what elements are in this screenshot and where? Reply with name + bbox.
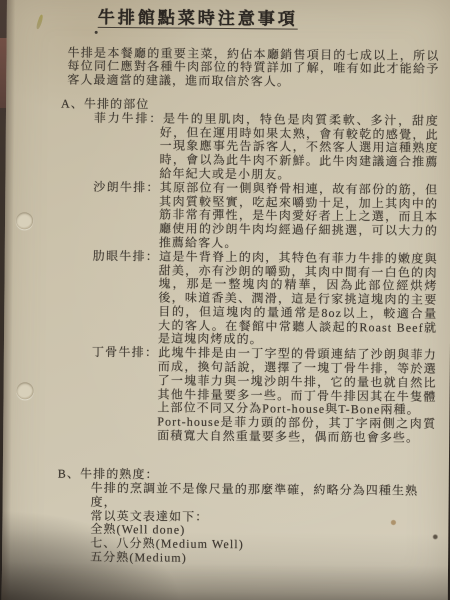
steak-item-text: 這是牛背脊上的肉，其特色有菲力牛排的嫩度與甜美，亦有沙朗的嚼勁，其肉中間有一白色…	[158, 249, 438, 346]
punch-hole-top	[16, 212, 33, 229]
punch-hole-bottom	[16, 382, 33, 399]
steak-item-ribeye: 肋眼牛排：這是牛背脊上的肉，其特色有菲力牛排的嫩度與甜美，亦有沙朗的嚼勁，其肉中…	[92, 250, 438, 349]
steak-item-text: 此塊牛排是由一丁字型的骨頭連結了沙朗與菲力而成，換句話說，選擇了一塊丁骨牛排，等…	[157, 346, 437, 417]
corner-shadow	[2, 510, 183, 600]
stain-mark	[35, 14, 44, 29]
title-row: 牛排館點菜時注意事項	[98, 11, 440, 31]
steak-item-label: 沙朗牛排：	[93, 180, 160, 195]
page-content: 牛排館點菜時注意事項 牛排是本餐廳的重要主菜，約佔本廳銷售項目的七成以上，所以每…	[57, 0, 440, 567]
intro-paragraph: 牛排是本餐廳的重要主菜，約佔本廳銷售項目的七成以上，所以每位同仁應對各種牛肉部位…	[67, 46, 439, 90]
steak-cut-list: 菲力牛排：是牛的里肌肉，特色是肉質柔軟、多汁，甜度好，但在運用時如果太熟，會有較…	[91, 112, 439, 445]
steak-item-sirloin: 沙朗牛排：其原部位有一側與脊骨相連，故有部份的筋，但其肉質較堅實，吃起來嚼勁十足…	[93, 181, 439, 253]
steak-item-extra-text: Port-house是菲力頭的部份，其丁字兩側之肉質面積寬大自然重量要多些，偶而…	[157, 415, 436, 445]
page-title: 牛排館點菜時注意事項	[98, 11, 298, 29]
steak-item-text: 其原部位有一側與脊骨相連，故有部份的筋，但其肉質較堅實，吃起來嚼勁十足，加上其肉…	[159, 180, 439, 249]
paper-page: 牛排館點菜時注意事項 牛排是本餐廳的重要主菜，約佔本廳銷售項目的七成以上，所以每…	[2, 0, 450, 600]
steak-item-label: 肋眼牛排：	[93, 249, 160, 264]
steak-item-label: 丁骨牛排：	[92, 345, 159, 360]
steak-item-text: 是牛的里肌肉，特色是肉質柔軟、多汁，甜度好，但在運用時如果太熟，會有較乾的感覺，…	[159, 111, 439, 181]
doneness-line: 牛排的烹調並不是像尺量的那麼準確，約略分為四種生熟度，	[91, 482, 436, 512]
steak-item-filet: 菲力牛排：是牛的里肌肉，特色是肉質柔軟、多汁，甜度好，但在運用時如果太熟，會有較…	[93, 112, 439, 184]
steak-item-tbone: 丁骨牛排：此塊牛排是由一丁字型的骨頭連結了沙朗與菲力而成，換句話說，選擇了一塊丁…	[91, 346, 437, 445]
document-photo: 牛排館點菜時注意事項 牛排是本餐廳的重要主菜，約佔本廳銷售項目的七成以上，所以每…	[0, 0, 450, 600]
steak-item-label: 菲力牛排：	[94, 111, 163, 126]
